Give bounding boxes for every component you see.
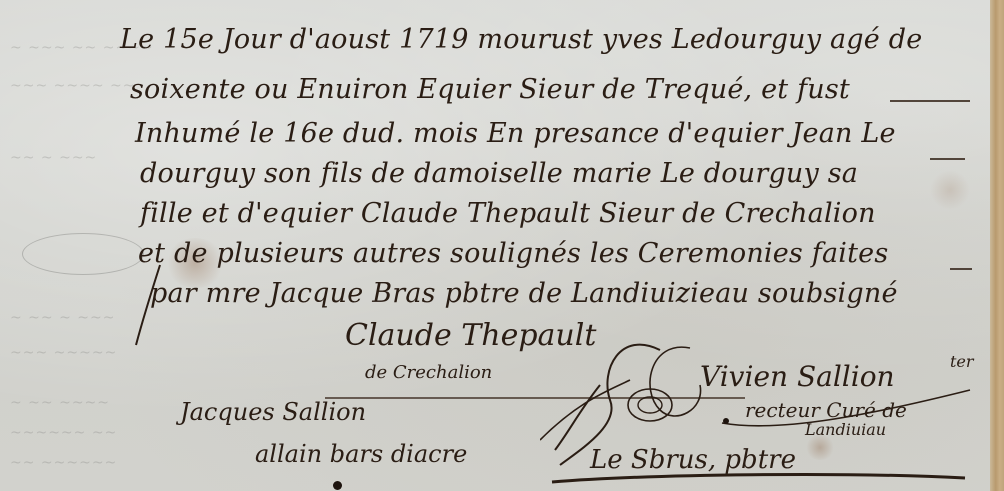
signature-vivien-flourish: ter xyxy=(950,352,974,371)
bleed-through-text: ~~ ~ ~~~ xyxy=(10,150,97,166)
bleed-through-text: ~~~ ~~~~ ~~ xyxy=(10,78,135,94)
bleed-through-text: ~~~ ~~~~~ xyxy=(10,345,117,361)
record-line-1: Le 15e Jour d'aoust 1719 mourust yves Le… xyxy=(120,24,922,55)
bleed-through-text: ~ ~~ ~ ~~~ xyxy=(10,310,115,326)
closing-line xyxy=(550,470,970,488)
line-filler-dash xyxy=(890,100,970,102)
descender-stroke xyxy=(130,260,170,350)
signature-claude-title: de Crechalion xyxy=(365,362,492,383)
signature-allain-bars: allain bars diacre xyxy=(255,440,467,468)
bleed-through-text: ~~ ~~~~~~ xyxy=(10,455,117,471)
bleed-through-text: ~ ~~ ~~~~ xyxy=(10,395,110,411)
line-filler-dash xyxy=(930,158,965,160)
paper-stain xyxy=(930,170,970,210)
bleed-through-text: ~~~~~~ ~~ xyxy=(10,425,117,441)
record-line-3: Inhumé le 16e dud. mois En presance d'eq… xyxy=(135,118,896,149)
record-line-2: soixente ou Enuiron Equier Sieur de Treq… xyxy=(130,74,850,105)
ink-blot xyxy=(333,481,342,490)
signature-underline-flourish xyxy=(720,385,980,435)
margin-name-oval xyxy=(22,233,144,275)
page-binding-edge xyxy=(990,0,1004,491)
record-line-5: fille et d'equier Claude Thepault Sieur … xyxy=(140,198,876,229)
record-line-4: dourguy son fils de damoiselle marie Le … xyxy=(140,158,858,189)
record-line-7: par mre Jacque Bras pbtre de Landiuiziea… xyxy=(150,278,898,309)
line-filler-dash xyxy=(950,268,972,270)
signature-jacques-sallion: Jacques Sallion xyxy=(180,398,366,426)
record-line-6: et de plusieurs autres soulignés les Cer… xyxy=(138,238,888,269)
manuscript-page: ~ ~~~ ~~ ~~~~ ~~~ ~~~~ ~~ ~~ ~ ~~~ ~ ~~ … xyxy=(0,0,990,491)
